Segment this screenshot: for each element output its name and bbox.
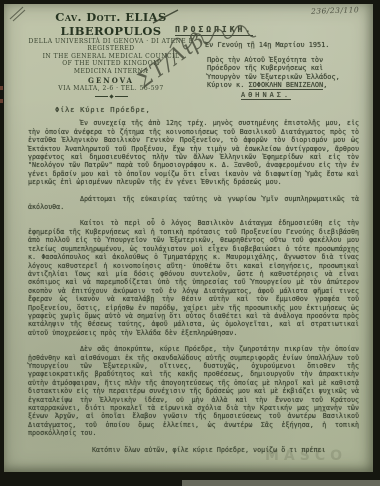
- letterhead-city: GENOVA: [12, 76, 210, 85]
- salutation: Φίλε Κύριε Πρόεδρε,: [55, 106, 359, 114]
- letter-body: Φίλε Κύριε Πρόεδρε, Ἐν συνεχείᾳ τῆς ἀπὸ …: [28, 106, 359, 454]
- scan-background: Cav. Dott. ELIAS LIBEROPULOS DELLA UNIVE…: [0, 0, 380, 486]
- scan-speck: [0, 99, 3, 103]
- recipient-name: ΣΟΦΟΚΛΗΝ ΒΕΝΙΖΕΛΟΝ: [249, 81, 324, 90]
- recipient-block: Πρὸς τὴν Αὐτοῦ Ἐξοχότητα τὸν Πρόεδρον τῆ…: [207, 56, 367, 100]
- letterhead-address: VIA MALTA, 2-6 · TEL. 56-597: [12, 85, 210, 92]
- recipient-line: Πρόεδρον τῆς Κυβερνήσεως καὶ: [207, 64, 367, 72]
- body-paragraph-3: Καίτοι τὸ περὶ οὗ ὁ λόγος Βασιλικὸν Διάτ…: [28, 219, 359, 337]
- letterhead-ornament: [12, 95, 210, 98]
- body-paragraph-4: Δὲν σᾶς ἀποκρύπτω, κύριε Πρόεδρε, τὴν ζω…: [28, 345, 359, 437]
- body-paragraph-2: Δράττομαι τῆς εὐκαιρίας ταύτης νὰ γνωρίσ…: [28, 195, 359, 212]
- scan-speck: [0, 86, 3, 90]
- body-paragraph-1: Ἐν συνεχείᾳ τῆς ἀπὸ 12ης τρέχ. μηνὸς συσ…: [28, 119, 359, 186]
- recipient-city: ΑΘΗΝΑΣ.: [241, 91, 291, 100]
- letter-page: Cav. Dott. ELIAS LIBEROPULOS DELLA UNIVE…: [4, 4, 373, 472]
- archive-number-handwriting: 236/23/110: [311, 5, 360, 16]
- paper-watermark: MASCO: [265, 448, 347, 464]
- recipient-name-line: Κύριον κ. ΣΟΦΟΚΛΗΝ ΒΕΝΙΖΕΛΟΝ,: [207, 81, 367, 89]
- letterhead-line4: MEDICINA INTERNA: [12, 68, 210, 75]
- underlying-sheet-edge: [182, 480, 380, 486]
- date-line: Ἐν Γενούῃ τῇ 14ῃ Μαρτίου 1951.: [205, 41, 329, 49]
- recipient-line: Ὑπουργὸν τῶν Ἐξωτερικῶν Ἑλλάδος,: [207, 73, 367, 81]
